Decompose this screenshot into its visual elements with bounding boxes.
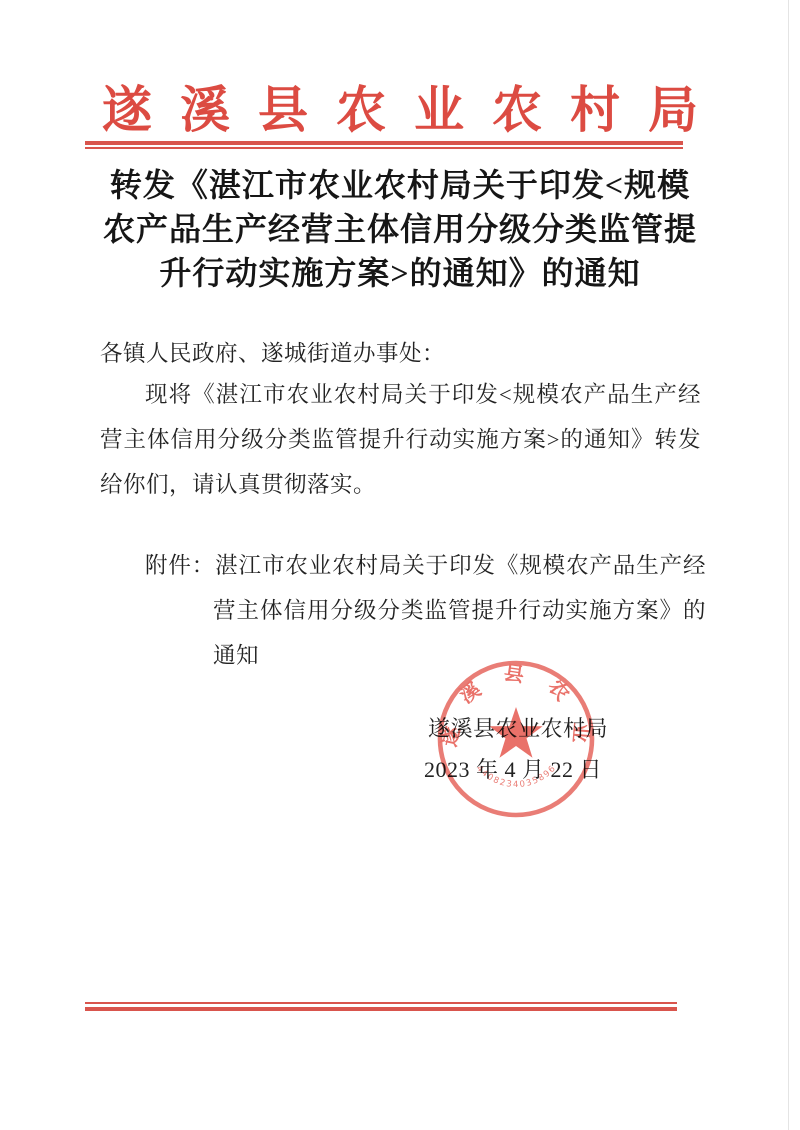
document-page: 遂溪县农业农村局 转发《湛江市农业农村局关于印发<规模 农产品生产经营主体信用分… [0,0,800,1130]
seal-unit-arc-text: 遂溪县农业农村局 [431,654,593,767]
footer-double-rule [85,1002,677,1011]
salutation-line: 各镇人民政府、遂城街道办事处： [100,336,445,368]
document-title: 转发《湛江市农业农村局关于印发<规模 农产品生产经营主体信用分级分类监管提 升行… [0,163,800,295]
header-rule-thin-line [85,147,683,149]
attachment-block: 附件：湛江市农业农村局关于印发《规模农产品生产经营主体信用分级分类监管提升行动实… [145,543,706,678]
attachment-text: 湛江市农业农村局关于印发《规模农产品生产经营主体信用分级分类监管提升行动实施方案… [213,553,706,668]
seal-star-icon [489,707,542,758]
header-double-rule [85,141,683,149]
attachment-label: 附件： [145,553,215,578]
footer-rule-thick-line [85,1007,677,1011]
document-title-line-3: 升行动实施方案>的通知》的通知 [0,251,800,295]
document-title-line-1: 转发《湛江市农业农村局关于印发<规模 [0,163,800,207]
body-paragraph: 现将《湛江市农业农村局关于印发<规模农产品生产经营主体信用分级分类监管提升行动实… [100,372,701,507]
letterhead-issuer-title: 遂溪县农业农村局 [0,70,800,142]
document-title-line-2: 农产品生产经营主体信用分级分类监管提 [0,207,800,251]
official-seal: 遂溪县农业农村局 4408234035896 [431,654,601,824]
seal-code-arc-text: 4408234035896 [474,763,559,790]
